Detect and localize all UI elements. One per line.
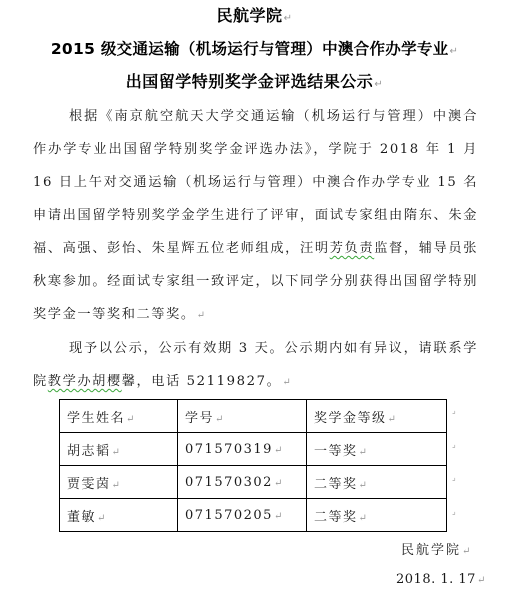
header-cell-student-name[interactable]: 学生姓名↵	[60, 400, 178, 433]
title-text: 民航学院	[217, 6, 283, 25]
cell-text: 贾雯茵	[67, 477, 111, 492]
signature-organization: 民航学院↵	[401, 539, 472, 558]
table-row: 贾雯茵↵ 071570302↵ 二等奖↵	[60, 466, 447, 499]
cell-mark-icon: ↵	[274, 478, 284, 489]
cell-scholarship-level[interactable]: 二等奖↵	[307, 466, 447, 499]
cell-text: 胡志韬	[67, 444, 111, 459]
paragraph-mark-icon: ↵	[284, 13, 293, 24]
table-row: 董敏↵ 071570205↵ 二等奖↵	[60, 499, 447, 532]
cell-mark-icon: ↵	[388, 414, 398, 425]
paragraph-mark-icon: ↵	[462, 546, 472, 557]
row-end-mark-icon: ⌟	[452, 440, 456, 449]
cell-student-name[interactable]: 董敏↵	[60, 499, 178, 532]
header-cell-scholarship-level[interactable]: 奖学金等级↵	[307, 400, 447, 433]
cell-mark-icon: ↵	[112, 480, 122, 491]
cell-text: 学号	[185, 411, 214, 426]
header-cell-student-id[interactable]: 学号↵	[178, 400, 307, 433]
title-line-program: 2015 级交通运输（机场运行与管理）中澳合作办学专业↵	[0, 37, 509, 59]
cell-mark-icon: ↵	[274, 445, 284, 456]
cell-text: 董敏	[67, 510, 96, 525]
paragraph-mark-icon: ↵	[197, 310, 207, 321]
cell-text: 奖学金等级	[314, 411, 387, 426]
cell-student-name[interactable]: 贾雯茵↵	[60, 466, 178, 499]
title-line-institution: 民航学院↵	[0, 3, 509, 26]
cell-scholarship-level[interactable]: 一等奖↵	[307, 433, 447, 466]
cell-mark-icon: ↵	[112, 447, 122, 458]
cell-mark-icon: ↵	[126, 414, 136, 425]
spellcheck-flagged-text[interactable]: 芳负责	[330, 241, 375, 256]
body-paragraph-notice: 现予以公示，公示有效期 3 天。公示期内如有异议，请联系学院教学办胡樱馨，电话 …	[33, 332, 478, 399]
cell-mark-icon: ↵	[359, 513, 369, 524]
signature-text: 民航学院	[401, 543, 461, 558]
row-end-mark-icon: ⌟	[452, 507, 456, 516]
results-table: 学生姓名↵ 学号↵ 奖学金等级↵ 胡志韬↵ 071570319↵ 一等奖↵ 贾雯…	[59, 399, 447, 532]
cell-scholarship-level[interactable]: 二等奖↵	[307, 499, 447, 532]
title-text: 2015 级交通运输（机场运行与管理）中澳合作办学专业	[51, 40, 449, 58]
cell-text: 二等奖	[314, 510, 358, 525]
signature-date: 2018. 1. 17↵	[396, 572, 486, 587]
cell-mark-icon: ↵	[215, 414, 225, 425]
row-end-mark-icon: ⌟	[452, 406, 456, 415]
table-row: 胡志韬↵ 071570319↵ 一等奖↵	[60, 433, 447, 466]
paragraph-mark-icon: ↵	[374, 79, 383, 90]
cell-mark-icon: ↵	[359, 480, 369, 491]
paragraph-text: 根据《南京航空航天大学交通运输（机场运行与管理）中澳合作办学专业出国留学特别奖学…	[33, 109, 478, 256]
title-text: 出国留学特别奖学金评选结果公示	[126, 72, 374, 91]
cell-text: 学生姓名	[67, 411, 125, 426]
date-text: 2018. 1. 17	[396, 572, 476, 587]
cell-mark-icon: ↵	[359, 447, 369, 458]
cell-student-name[interactable]: 胡志韬↵	[60, 433, 178, 466]
cell-text: 一等奖	[314, 444, 358, 459]
cell-text: 二等奖	[314, 477, 358, 492]
row-end-mark-icon: ⌟	[452, 473, 456, 482]
paragraph-mark-icon: ↵	[449, 46, 458, 57]
table-header-row: 学生姓名↵ 学号↵ 奖学金等级↵	[60, 400, 447, 433]
cell-text: 071570205	[185, 508, 273, 523]
cell-student-id[interactable]: 071570319↵	[178, 433, 307, 466]
cell-student-id[interactable]: 071570302↵	[178, 466, 307, 499]
cell-text: 071570302	[185, 475, 273, 490]
title-line-announcement: 出国留学特别奖学金评选结果公示↵	[0, 69, 509, 92]
body-paragraph-review: 根据《南京航空航天大学交通运输（机场运行与管理）中澳合作办学专业出国留学特别奖学…	[33, 100, 478, 332]
spellcheck-flagged-text[interactable]: 教学办胡樱	[48, 374, 122, 389]
paragraph-mark-icon: ↵	[477, 575, 486, 586]
cell-text: 071570319	[185, 442, 273, 457]
paragraph-text: 馨，电话 52119827。	[122, 374, 282, 389]
cell-mark-icon: ↵	[97, 513, 107, 524]
cell-student-id[interactable]: 071570205↵	[178, 499, 307, 532]
paragraph-mark-icon: ↵	[282, 377, 292, 388]
cell-mark-icon: ↵	[274, 511, 284, 522]
